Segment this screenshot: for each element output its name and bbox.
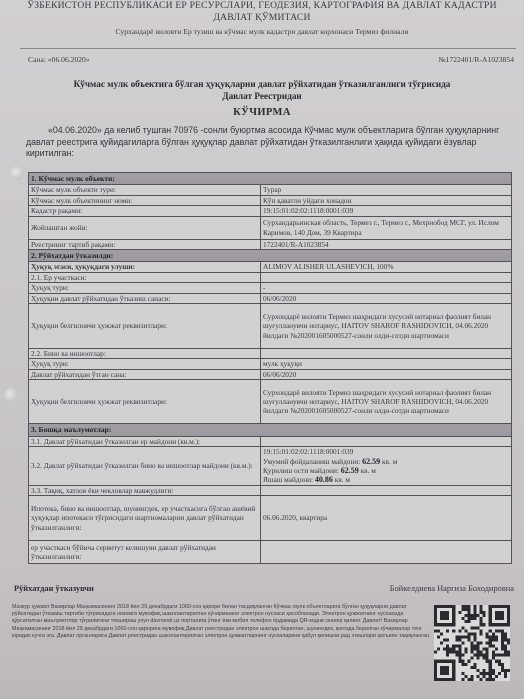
intro-paragraph: «04.06.2020» да келиб тушган 70976 -сонл…	[26, 125, 516, 160]
table-row: 2.2. Бино ва иншоотлар:	[29, 349, 512, 359]
table-row: 3.1. Давлат рўйхатидан ўтказилган ер май…	[29, 436, 512, 446]
area-unit: кв. м	[361, 466, 376, 475]
land-document-value: Сурхондарё вилояти Термиз шаҳридаги хусу…	[261, 304, 512, 349]
land-right-type-value: -	[261, 283, 512, 293]
table-row: Ҳуқуқ эгаси, ҳуқуқдаги улуши: ALIMOV ALI…	[29, 262, 512, 272]
section-3-title: 3. Бошқа маълумотлар:	[29, 424, 512, 436]
restrictions-label: 3.3. Тақиқ, хатлов ёки чекловлар мавжудл…	[29, 485, 261, 495]
building-document-label: Ҳуқуқни белгиловчи ҳужжат реквизитлари:	[29, 380, 261, 424]
table-row: Ҳуқуқни давлат рўйхатидан ўтказиш санаси…	[29, 293, 512, 303]
servitude-label: ер участкаси бўйича сервитут келишуви да…	[29, 541, 261, 564]
building-area-value: 19:15:01:02:02:1118:0001:039 Умумий фойд…	[261, 447, 512, 486]
table-row: 3.2. Давлат рўйхатидан ўтказилган бино в…	[29, 447, 512, 486]
total-area-value: 62.59	[362, 457, 380, 466]
table-row: ер участкаси бўйича сервитут келишуви да…	[29, 541, 512, 564]
organization-header: ЎЗБЕКИСТОН РЕСПУБЛИКАСИ ЕР РЕСУРСЛАРИ, Г…	[0, 0, 524, 24]
mortgage-label: Ипотека, бино ва иншоотлар, шунингдек, е…	[29, 496, 261, 541]
building-right-type-value: мулк ҳуқуқи	[261, 359, 512, 369]
table-row: Ҳуқуқни белгиловчи ҳужжат реквизитлари: …	[29, 380, 512, 424]
title-line-1: Кўчмас мулк объектига бўлган ҳуқуқларни …	[0, 78, 524, 90]
owner-value: ALIMOV ALISHER ULASHEVICH, 100%	[261, 262, 512, 272]
table-row: Кўчмас мулк объектининг номи: Кўп қаватл…	[29, 195, 512, 205]
land-right-type-label: Ҳуқуқ тури:	[29, 283, 261, 293]
location-value: Сурхандарьинская область, Термез г., Тер…	[261, 216, 512, 239]
document-title: Кўчмас мулк объектига бўлган ҳуқуқларни …	[0, 78, 524, 102]
org-line-2: ДАВЛАТ ҚЎМИТАСИ	[0, 12, 524, 24]
table-row: Давлат рўйхатидан ўтган сана: 06/06/2020	[29, 369, 512, 379]
punch-hole	[4, 388, 18, 402]
document-heading: КЎЧИРМА	[0, 107, 524, 118]
table-row: Ипотека, бино ва иншоотлар, шунингдек, е…	[29, 496, 512, 541]
table-row: Ҳуқуқ тури: -	[29, 283, 512, 293]
issue-date: Сана: «06.06.2020»	[28, 55, 90, 64]
org-line-1: ЎЗБЕКИСТОН РЕСПУБЛИКАСИ ЕР РЕСУРСЛАРИ, Г…	[0, 0, 524, 12]
table-row: 3.3. Тақиқ, хатлов ёки чекловлар мавжудл…	[29, 485, 512, 495]
land-document-label: Ҳуқуқни белгиловчи ҳужжат реквизитлари:	[29, 304, 261, 349]
building-document-value: Сурхондарё вилояти Термиз шаҳридаги хусу…	[261, 380, 512, 424]
land-registration-date-label: Ҳуқуқни давлат рўйхатидан ўтказиш санаси…	[29, 293, 261, 303]
registrar-name: Бойкелдиева Наргиза Боходировна	[390, 584, 514, 593]
branch-name: Сурхандарё вилояти Ер тузиш ва кўчмас му…	[0, 27, 524, 36]
building-subsection-empty	[261, 349, 512, 359]
table-row: 2.1. Ер участкаси:	[29, 272, 512, 282]
section-1-title: 1. Кўчмас мулк объекти:	[29, 173, 512, 185]
living-area-value: 40.86	[315, 475, 333, 484]
total-area-line: Умумий фойдаланиш майдони: 62.59 кв. м	[263, 457, 509, 466]
mortgage-value: 06.06.2020, квартира	[261, 496, 512, 541]
building-registration-date-value: 06/06/2020	[261, 369, 512, 379]
object-type-label: Кўчмас мулк объекти тури:	[29, 185, 261, 195]
building-registration-date-label: Давлат рўйхатидан ўтган сана:	[29, 369, 261, 379]
section-header: 3. Бошқа маълумотлар:	[29, 424, 512, 436]
registry-table: 1. Кўчмас мулк объекти: Кўчмас мулк объе…	[28, 172, 512, 564]
registry-number-label: Реестрнинг тартиб рақами:	[29, 239, 261, 249]
header-divider	[20, 48, 516, 49]
living-area-line: Яшаш майдони: 40.86 кв. м	[263, 475, 509, 484]
section-header: 2. Рўйхатдан ўтказилди:	[29, 250, 512, 262]
qr-code-icon	[434, 605, 510, 681]
table-row: Ҳуқуқ тури: мулк ҳуқуқи	[29, 359, 512, 369]
owner-label: Ҳуқуқ эгаси, ҳуқуқдаги улуши:	[29, 262, 261, 272]
section-2-title: 2. Рўйхатдан ўтказилди:	[29, 250, 512, 262]
building-area-label: 3.2. Давлат рўйхатидан ўтказилган бино в…	[29, 447, 261, 486]
servitude-value	[261, 541, 512, 564]
table-row: Реестрнинг тартиб рақами: 1722401/R-A102…	[29, 239, 512, 249]
living-area-label: Яшаш майдони:	[263, 475, 313, 484]
building-subsection-title: 2.2. Бино ва иншоотлар:	[29, 349, 261, 359]
section-header: 1. Кўчмас мулк объекти:	[29, 173, 512, 185]
land-area-label: 3.1. Давлат рўйхатидан ўтказилган ер май…	[29, 436, 261, 446]
object-name-label: Кўчмас мулк объектининг номи:	[29, 195, 261, 205]
object-type-value: Турар	[261, 185, 512, 195]
area-unit: кв. м	[382, 457, 397, 466]
punch-hole	[10, 166, 24, 180]
restrictions-value	[261, 485, 512, 495]
registry-number-value: 1722401/R-A1023854	[261, 239, 512, 249]
area-unit: кв. м	[335, 475, 350, 484]
land-subsection-title: 2.1. Ер участкаси:	[29, 272, 261, 282]
cadastre-number-value: 19:15:01:02:02:1118:0001:039	[261, 206, 512, 216]
construction-area-value: 62.59	[341, 466, 359, 475]
construction-area-label: Қурилиш ости майдони:	[263, 466, 339, 475]
table-row: Кўчмас мулк объекти тури: Турар	[29, 185, 512, 195]
table-row: Ҳуқуқни белгиловчи ҳужжат реквизитлари: …	[29, 304, 512, 349]
title-line-2: Давлат Реестридан	[0, 90, 524, 102]
legal-footnote: Мазкур ҳужжат Вазирлар Маҳкамасининг 201…	[12, 604, 432, 640]
location-label: Жойлашган жойи:	[29, 216, 261, 239]
table-row: Кадастр рақами: 19:15:01:02:02:1118:0001…	[29, 206, 512, 216]
construction-area-line: Қурилиш ости майдони: 62.59 кв. м	[263, 466, 509, 475]
building-area-cadastre: 19:15:01:02:02:1118:0001:039	[263, 447, 509, 456]
object-name-value: Кўп қаватли уйдаги хонадон	[261, 195, 512, 205]
document-number: №1722401/R-A1023854	[438, 55, 514, 64]
cadastre-number-label: Кадастр рақами:	[29, 206, 261, 216]
registrar-label: Рўйхатдан ўтказувчи	[14, 584, 94, 593]
land-subsection-empty	[261, 272, 512, 282]
land-registration-date-value: 06/06/2020	[261, 293, 512, 303]
table-row: Жойлашган жойи: Сурхандарьинская область…	[29, 216, 512, 239]
building-right-type-label: Ҳуқуқ тури:	[29, 359, 261, 369]
land-area-value	[261, 436, 512, 446]
document-page: ЎЗБЕКИСТОН РЕСПУБЛИКАСИ ЕР РЕСУРСЛАРИ, Г…	[0, 0, 524, 699]
total-area-label: Умумий фойдаланиш майдони:	[263, 457, 360, 466]
